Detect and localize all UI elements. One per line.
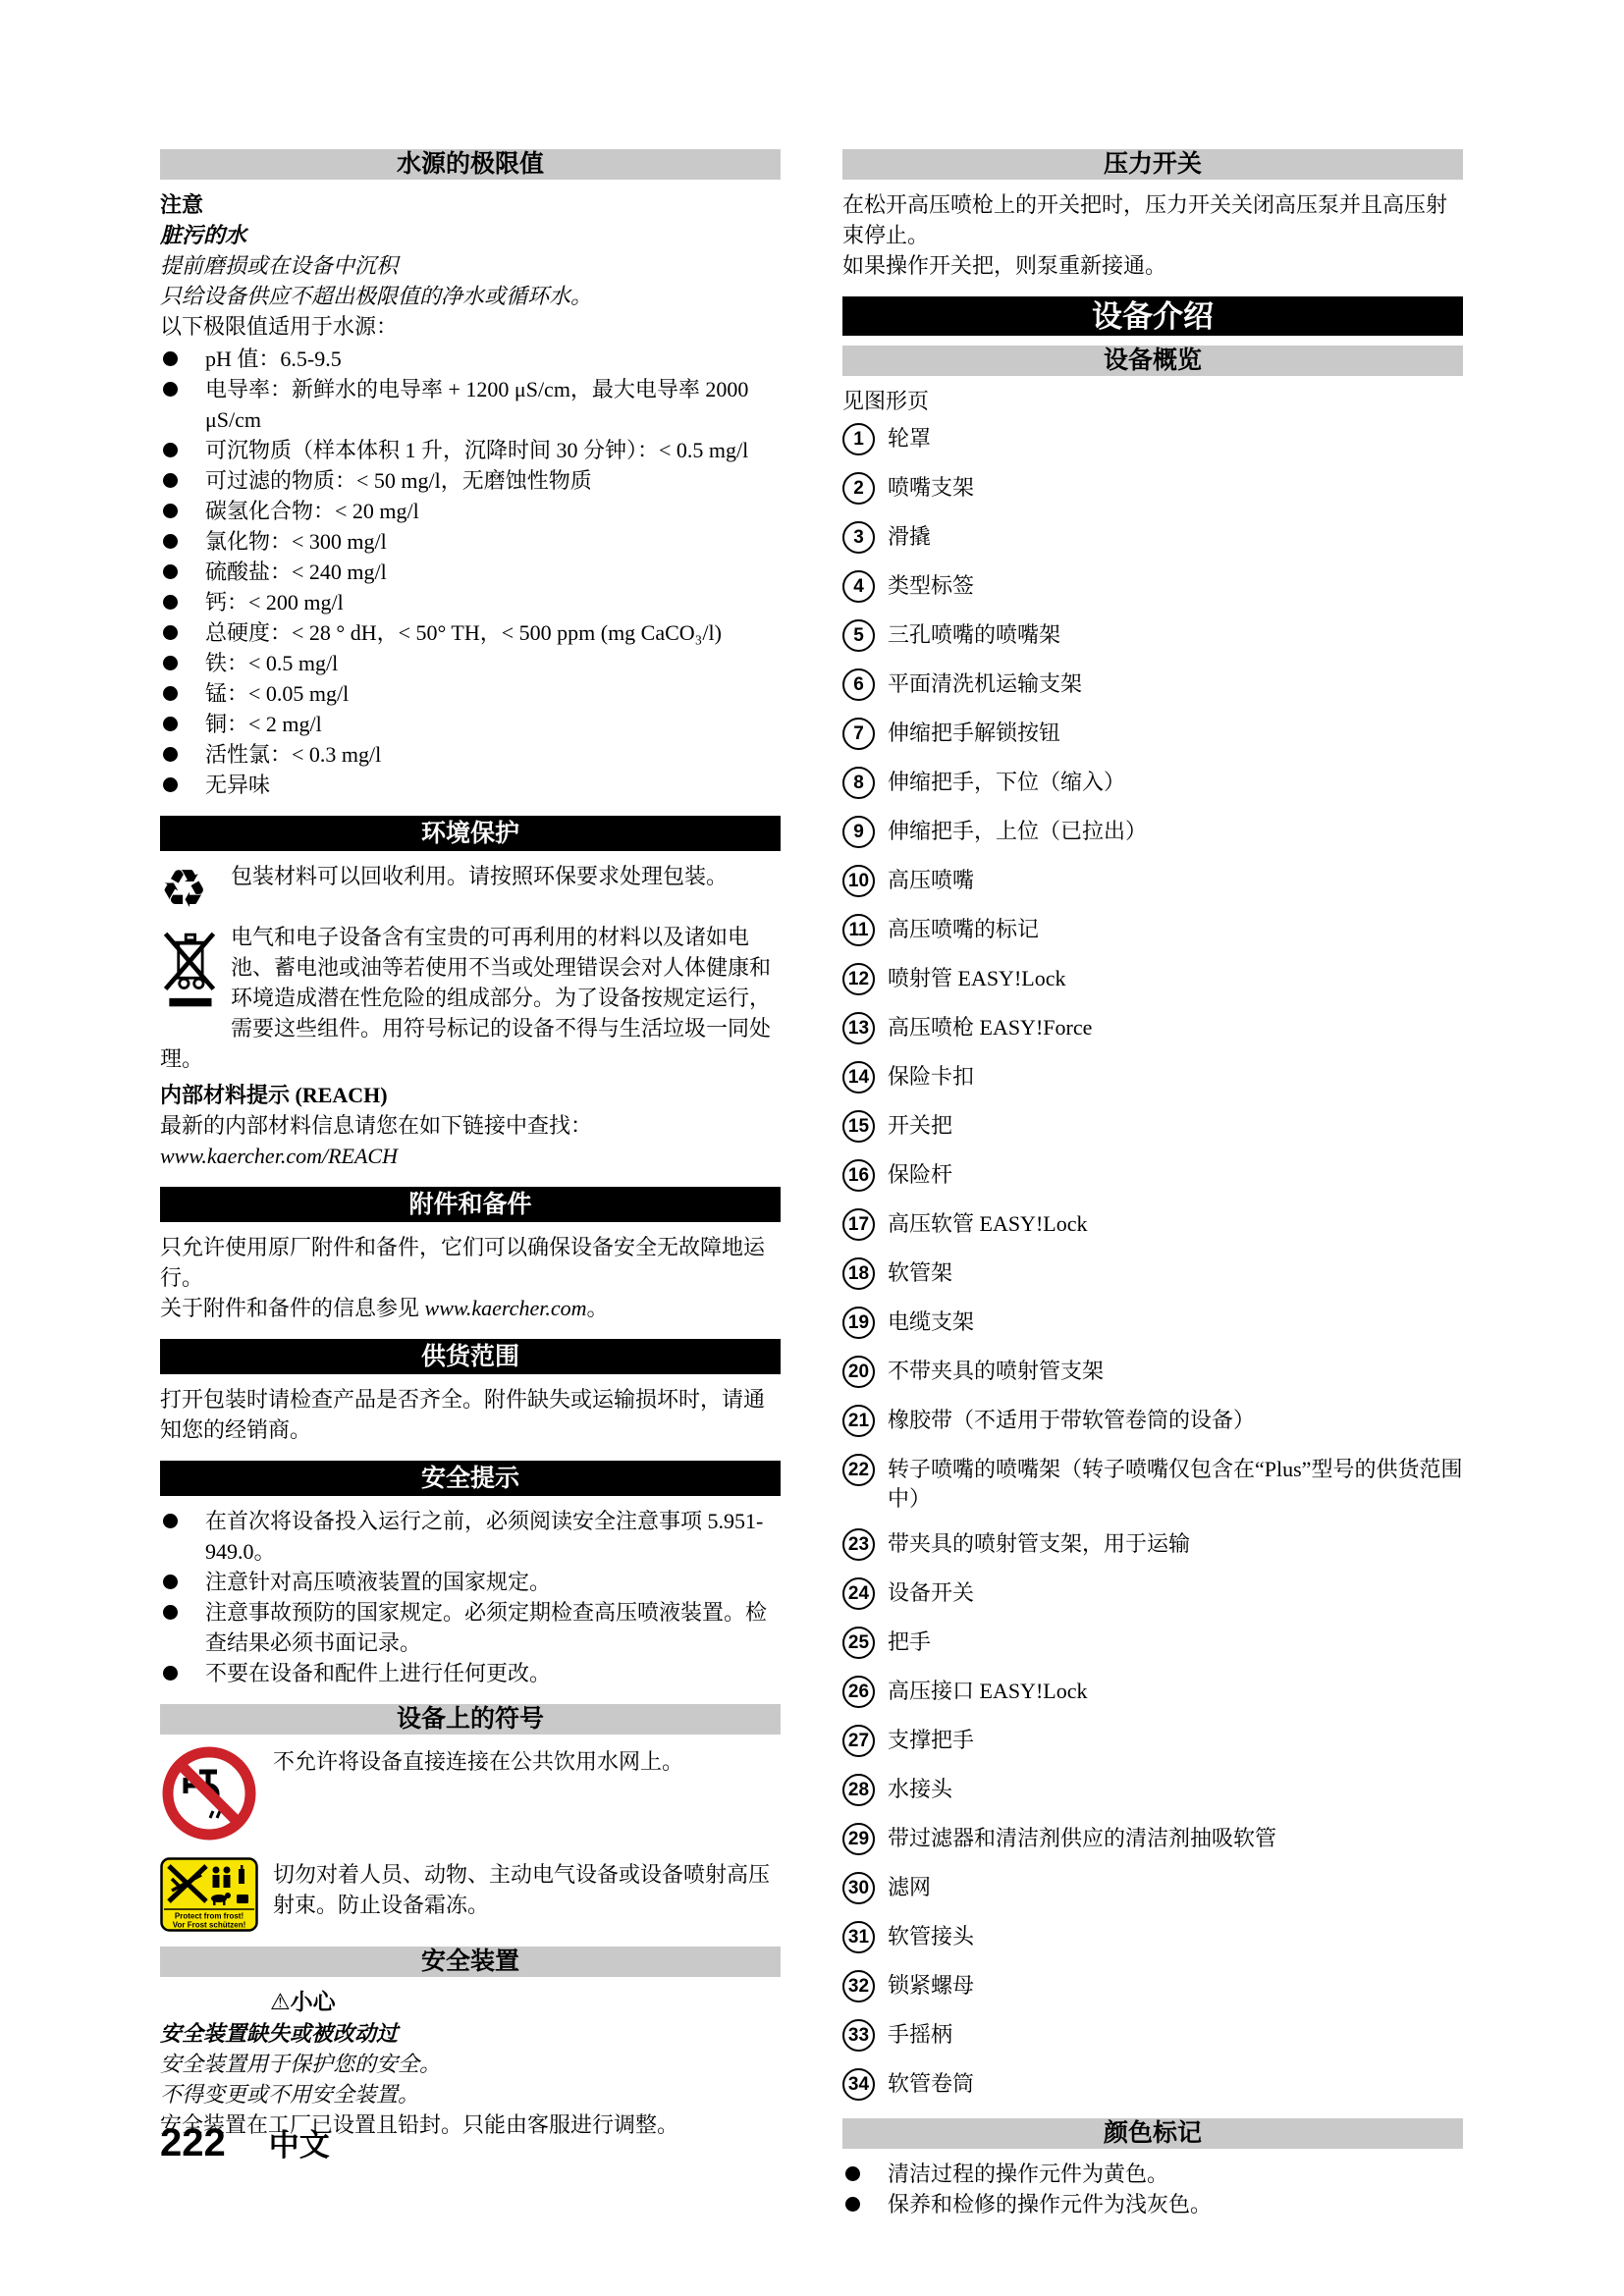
overview-item-text: 支撑把手 — [888, 1728, 974, 1752]
safety-note-text: 注意针对高压喷液装置的国家规定。 — [205, 1570, 551, 1594]
section-header-scope: 供货范围 — [160, 1339, 781, 1374]
water-limit-text: 电导率：新鲜水的电导率 + 1200 μS/cm，最大电导率 2000 μS/c… — [205, 377, 748, 432]
bullet-icon — [163, 351, 178, 366]
water-limit-item: 锰：< 0.05 mg/l — [160, 678, 781, 709]
bullet-icon — [163, 656, 178, 670]
caution-line: ⚠小心 — [270, 1987, 781, 2018]
symbol-no-tap-water: 不允许将设备直接连接在公共饮用水网上。 — [160, 1744, 781, 1847]
section-header-safety-notes: 安全提示 — [160, 1461, 781, 1496]
safety-note-item: 在首次将设备投入运行之前，必须阅读安全注意事项 5.951-949.0。 — [160, 1506, 781, 1567]
overview-item-text: 带过滤器和清洁剂供应的清洁剂抽吸软管 — [888, 1826, 1276, 1850]
overview-item-text: 软管接头 — [888, 1924, 974, 1949]
color-coding-text: 保养和检修的操作元件为浅灰色。 — [888, 2192, 1212, 2216]
reach-block: 内部材料提示 (REACH) 最新的内部材料信息请您在如下链接中查找： www.… — [160, 1080, 781, 1171]
overview-item-text: 电缆支架 — [888, 1309, 974, 1334]
overview-item-text: 手摇柄 — [888, 2022, 952, 2047]
section-title: 附件和备件 — [408, 1193, 531, 1217]
page-number: 222 — [160, 2121, 226, 2165]
overview-item: 21 橡胶带（不适用于带软管卷筒的设备） — [842, 1406, 1463, 1439]
water-limit-text: 硫酸盐：< 240 mg/l — [205, 560, 387, 584]
accessories-info-line: 关于附件和备件的信息参见 www.kaercher.com。 — [160, 1293, 781, 1323]
section-header-environment: 环境保护 — [160, 816, 781, 851]
overview-item: 16 保险杆 — [842, 1160, 1463, 1194]
bullet-icon — [163, 564, 178, 579]
sticker-caption-en: Protect from frost! — [175, 1912, 244, 1921]
frost-warning-sticker-icon: Protect from frost! Vor Frost schützen! — [160, 1857, 273, 1937]
item-number-badge: 2 — [842, 472, 875, 505]
page-footer: 222 中文 — [160, 2120, 330, 2165]
dirty-water-label: 脏污的水 — [160, 220, 781, 250]
water-limit-item: 钙：< 200 mg/l — [160, 587, 781, 617]
water-limit-item: 碳氢化合物：< 20 mg/l — [160, 496, 781, 526]
overview-item: 9 伸缩把手，上位（已拉出） — [842, 817, 1463, 850]
overview-item: 4 类型标签 — [842, 571, 1463, 605]
device-overview-list: 1 轮罩 2 喷嘴支架 3 滑撬 4 类型标签 — [842, 424, 1463, 2103]
overview-item: 18 软管架 — [842, 1258, 1463, 1292]
see-graphics-note: 见图形页 — [842, 386, 1463, 416]
kaercher-reach-url: www.kaercher.com/REACH — [160, 1141, 781, 1171]
section-header-device-overview: 设备概览 — [842, 346, 1463, 376]
overview-item-text: 滑撬 — [888, 524, 931, 549]
safety-note-text: 在首次将设备投入运行之前，必须阅读安全注意事项 5.951-949.0。 — [205, 1509, 763, 1564]
overview-item: 25 把手 — [842, 1628, 1463, 1661]
water-limit-item: 活性氯：< 0.3 mg/l — [160, 739, 781, 770]
item-number-badge: 9 — [842, 816, 875, 848]
recycle-icon: ♻ — [160, 861, 231, 918]
water-limit-text: 可过滤的物质：< 50 mg/l，无磨蚀性物质 — [205, 468, 592, 493]
bullet-icon — [163, 747, 178, 762]
water-limit-text: 氯化物：< 300 mg/l — [205, 529, 387, 554]
water-limit-item: 总硬度：< 28 ° dH，< 50° TH，< 500 ppm (mg CaC… — [160, 617, 781, 648]
overview-item: 8 伸缩把手，下位（缩入） — [842, 768, 1463, 801]
bullet-icon — [845, 2197, 860, 2212]
item-number-badge: 18 — [842, 1257, 875, 1290]
bullet-icon — [163, 686, 178, 701]
item-number-badge: 34 — [842, 2068, 875, 2101]
item-number-badge: 32 — [842, 1970, 875, 2002]
item-number-badge: 27 — [842, 1725, 875, 1757]
overview-item-text: 把手 — [888, 1629, 931, 1654]
overview-item: 10 高压喷嘴 — [842, 866, 1463, 899]
symbol-frost-warning: Protect from frost! Vor Frost schützen! … — [160, 1857, 781, 1937]
water-limit-item: 硫酸盐：< 240 mg/l — [160, 557, 781, 587]
item-number-badge: 13 — [842, 1012, 875, 1044]
overview-item-text: 带夹具的喷射管支架，用于运输 — [888, 1531, 1190, 1556]
overview-item: 26 高压接口 EASY!Lock — [842, 1677, 1463, 1710]
water-limit-item: 氯化物：< 300 mg/l — [160, 526, 781, 557]
section-header-accessories: 附件和备件 — [160, 1187, 781, 1222]
overview-item-text: 软管架 — [888, 1260, 952, 1285]
water-limit-text: 铁：< 0.5 mg/l — [205, 651, 338, 675]
section-title: 压力开关 — [1104, 152, 1202, 177]
water-limit-item: 电导率：新鲜水的电导率 + 1200 μS/cm，最大电导率 2000 μS/c… — [160, 374, 781, 435]
item-number-badge: 4 — [842, 570, 875, 603]
item-number-badge: 16 — [842, 1159, 875, 1192]
section-header-symbols: 设备上的符号 — [160, 1704, 781, 1735]
overview-item: 6 平面清洗机运输支架 — [842, 669, 1463, 703]
bullet-icon — [163, 595, 178, 610]
section-title: 设备介绍 — [1092, 301, 1214, 332]
overview-item-text: 软管卷筒 — [888, 2071, 974, 2096]
kaercher-url: www.kaercher.com — [425, 1296, 587, 1320]
overview-item-text: 水接头 — [888, 1777, 952, 1801]
left-column: 水源的极限值 注意 脏污的水 提前磨损或在设备中沉积 只给设备供应不超出极限值的… — [160, 0, 781, 2140]
overview-item-text: 伸缩把手解锁按钮 — [888, 721, 1060, 745]
overview-item: 31 软管接头 — [842, 1922, 1463, 1955]
frost-warning-text: 切勿对着人员、动物、主动电气设备或设备喷射高压射束。防止设备霜冻。 — [273, 1857, 781, 1920]
color-coding-item: 保养和检修的操作元件为浅灰色。 — [842, 2189, 1463, 2219]
item-number-badge: 6 — [842, 668, 875, 701]
item-number-badge: 3 — [842, 521, 875, 554]
overview-item: 15 开关把 — [842, 1111, 1463, 1145]
section-header-water-limits: 水源的极限值 — [160, 149, 781, 180]
overview-item: 12 喷射管 EASY!Lock — [842, 964, 1463, 997]
overview-item: 34 软管卷筒 — [842, 2069, 1463, 2103]
overview-item-text: 保险卡扣 — [888, 1064, 974, 1089]
item-number-badge: 25 — [842, 1627, 875, 1659]
overview-item-text: 滤网 — [888, 1875, 931, 1899]
bullet-icon — [163, 777, 178, 792]
overview-item: 23 带夹具的喷射管支架，用于运输 — [842, 1529, 1463, 1563]
pressure-switch-para1: 在松开高压喷枪上的开关把时，压力开关关闭高压泵并且高压射束停止。 — [842, 189, 1463, 250]
overview-item-text: 伸缩把手，上位（已拉出） — [888, 819, 1147, 843]
overview-item-text: 喷嘴支架 — [888, 475, 974, 500]
overview-item: 22 转子喷嘴的喷嘴架（转子喷嘴仅包含在“Plus”型号的供货范围中） — [842, 1455, 1463, 1514]
item-number-badge: 19 — [842, 1307, 875, 1339]
overview-item: 28 水接头 — [842, 1775, 1463, 1808]
caution-word: 小心 — [291, 1990, 336, 2014]
manual-page: 水源的极限值 注意 脏污的水 提前磨损或在设备中沉积 只给设备供应不超出极限值的… — [0, 0, 1624, 2296]
section-title: 安全装置 — [421, 1949, 519, 1974]
water-limit-text: 钙：< 200 mg/l — [205, 590, 344, 614]
item-number-badge: 29 — [842, 1823, 875, 1855]
item-number-badge: 1 — [842, 423, 875, 455]
safety-notes-list: 在首次将设备投入运行之前，必须阅读安全注意事项 5.951-949.0。 注意针… — [160, 1506, 781, 1688]
overview-item: 17 高压软管 EASY!Lock — [842, 1209, 1463, 1243]
safety-note-item: 注意事故预防的国家规定。必须定期检查高压喷液装置。检查结果必须书面记录。 — [160, 1597, 781, 1658]
environment-recycle-note: ♻ 包装材料可以回收利用。请按照环保要求处理包装。 — [160, 861, 781, 918]
bullet-icon — [163, 625, 178, 640]
applies-line: 以下极限值适用于水源： — [160, 311, 781, 342]
bullet-icon — [163, 717, 178, 731]
section-title: 水源的极限值 — [397, 152, 544, 177]
item-number-badge: 10 — [842, 865, 875, 897]
water-limit-text: 无异味 — [205, 773, 270, 797]
overview-item-text: 伸缩把手，下位（缩入） — [888, 770, 1125, 794]
water-limit-text: 锰：< 0.05 mg/l — [205, 681, 349, 706]
overview-item: 29 带过滤器和清洁剂供应的清洁剂抽吸软管 — [842, 1824, 1463, 1857]
bullet-icon — [163, 504, 178, 518]
bullet-icon — [163, 1666, 178, 1681]
item-number-badge: 22 — [842, 1454, 875, 1486]
overview-item: 5 三孔喷嘴的喷嘴架 — [842, 620, 1463, 654]
accessories-info-prefix: 关于附件和备件的信息参见 — [160, 1296, 425, 1320]
overview-item-text: 高压喷嘴 — [888, 868, 974, 892]
section-title: 环境保护 — [421, 822, 519, 846]
water-limit-text: 可沉物质（样本体积 1 升，沉降时间 30 分钟）：< 0.5 mg/l — [205, 438, 748, 462]
overview-item: 14 保险卡扣 — [842, 1062, 1463, 1095]
water-limit-item: 铁：< 0.5 mg/l — [160, 648, 781, 678]
item-number-badge: 28 — [842, 1774, 875, 1806]
section-header-safety-devices: 安全装置 — [160, 1947, 781, 1977]
overview-item: 11 高压喷嘴的标记 — [842, 915, 1463, 948]
reach-title: 内部材料提示 (REACH) — [160, 1080, 781, 1110]
overview-item: 19 电缆支架 — [842, 1308, 1463, 1341]
sticker-caption-de: Vor Frost schützen! — [173, 1921, 246, 1930]
section-title: 设备概览 — [1104, 348, 1202, 373]
accessories-info-suffix: 。 — [586, 1296, 608, 1320]
safety-note-item: 不要在设备和配件上进行任何更改。 — [160, 1658, 781, 1688]
bullet-icon — [163, 443, 178, 457]
overview-item: 27 支撑把手 — [842, 1726, 1463, 1759]
caution-triangle-icon: ⚠ — [270, 1990, 291, 2015]
supply-line: 只给设备供应不超出极限值的净水或循环水。 — [160, 281, 781, 311]
bullet-icon — [845, 2166, 860, 2181]
section-title: 设备上的符号 — [397, 1707, 544, 1732]
overview-item-text: 橡胶带（不适用于带软管卷筒的设备） — [888, 1408, 1255, 1432]
section-header-device-intro: 设备介绍 — [842, 296, 1463, 336]
water-limit-text: 铜：< 2 mg/l — [205, 712, 322, 736]
section-title: 供货范围 — [421, 1345, 519, 1369]
color-coding-text: 清洁过程的操作元件为黄色。 — [888, 2162, 1168, 2186]
overview-item-text: 高压软管 EASY!Lock — [888, 1211, 1087, 1236]
overview-item-text: 锁紧螺母 — [888, 1973, 974, 1998]
item-number-badge: 20 — [842, 1356, 875, 1388]
recycle-text: 包装材料可以回收利用。请按照环保要求处理包装。 — [160, 861, 781, 891]
overview-item-text: 喷射管 EASY!Lock — [888, 966, 1065, 990]
item-number-badge: 30 — [842, 1872, 875, 1904]
attention-label: 注意 — [160, 189, 781, 220]
item-number-badge: 5 — [842, 619, 875, 652]
overview-item: 2 喷嘴支架 — [842, 473, 1463, 507]
overview-item-text: 高压接口 EASY!Lock — [888, 1679, 1087, 1703]
bullet-icon — [163, 382, 178, 397]
overview-item: 1 轮罩 — [842, 424, 1463, 457]
overview-item: 33 手摇柄 — [842, 2020, 1463, 2054]
water-limit-text: pH 值：6.5-9.5 — [205, 347, 342, 371]
item-number-badge: 17 — [842, 1208, 875, 1241]
overview-item: 30 滤网 — [842, 1873, 1463, 1906]
item-number-badge: 12 — [842, 963, 875, 995]
item-number-badge: 15 — [842, 1110, 875, 1143]
environment-weee-note: 电气和电子设备含有宝贵的可再利用的材料以及诸如电池、蓄电池或油等若使用不当或处理… — [160, 922, 781, 1074]
section-header-pressure-switch: 压力开关 — [842, 149, 1463, 180]
water-limit-list: pH 值：6.5-9.5 电导率：新鲜水的电导率 + 1200 μS/cm，最大… — [160, 344, 781, 800]
overview-item: 3 滑撬 — [842, 522, 1463, 556]
item-number-badge: 14 — [842, 1061, 875, 1094]
section-title: 颜色标记 — [1104, 2121, 1202, 2146]
pressure-switch-para2: 如果操作开关把，则泵重新接通。 — [842, 250, 1463, 281]
weee-text: 电气和电子设备含有宝贵的可再利用的材料以及诸如电池、蓄电池或油等若使用不当或处理… — [160, 922, 781, 1074]
item-number-badge: 21 — [842, 1405, 875, 1437]
overview-item-text: 类型标签 — [888, 573, 974, 598]
overview-item-text: 高压喷嘴的标记 — [888, 917, 1039, 941]
accessories-text: 只允许使用原厂附件和备件，它们可以确保设备安全无故障地运行。 — [160, 1232, 781, 1293]
safety-note-item: 注意针对高压喷液装置的国家规定。 — [160, 1567, 781, 1597]
page-language: 中文 — [269, 2120, 330, 2164]
no-tap-water-text: 不允许将设备直接连接在公共饮用水网上。 — [273, 1744, 781, 1777]
overview-item-text: 开关把 — [888, 1113, 952, 1138]
safety-devices-line3: 不得变更或不用安全装置。 — [160, 2079, 781, 2109]
water-limit-item: 铜：< 2 mg/l — [160, 709, 781, 739]
overview-item-text: 转子喷嘴的喷嘴架（转子喷嘴仅包含在“Plus”型号的供货范围中） — [888, 1457, 1462, 1511]
overview-item-text: 设备开关 — [888, 1580, 974, 1605]
weee-bin-icon — [160, 922, 231, 1041]
water-limit-item: 无异味 — [160, 770, 781, 800]
overview-item: 20 不带夹具的喷射管支架 — [842, 1357, 1463, 1390]
water-limit-item: 可沉物质（样本体积 1 升，沉降时间 30 分钟）：< 0.5 mg/l — [160, 435, 781, 465]
safety-note-text: 注意事故预防的国家规定。必须定期检查高压喷液装置。检查结果必须书面记录。 — [205, 1600, 767, 1655]
overview-item-text: 轮罩 — [888, 426, 931, 451]
scope-text: 打开包装时请检查产品是否齐全。附件缺失或运输损坏时，请通知您的经销商。 — [160, 1384, 781, 1445]
color-coding-list: 清洁过程的操作元件为黄色。 保养和检修的操作元件为浅灰色。 — [842, 2159, 1463, 2219]
bullet-icon — [163, 1605, 178, 1620]
section-header-color-coding: 颜色标记 — [842, 2118, 1463, 2149]
water-limit-item: pH 值：6.5-9.5 — [160, 344, 781, 374]
color-coding-item: 清洁过程的操作元件为黄色。 — [842, 2159, 1463, 2189]
section-title: 安全提示 — [421, 1467, 519, 1491]
bullet-icon — [163, 473, 178, 488]
safety-devices-line2: 安全装置用于保护您的安全。 — [160, 2049, 781, 2079]
water-limit-item: 可过滤的物质：< 50 mg/l，无磨蚀性物质 — [160, 465, 781, 496]
bullet-icon — [163, 1575, 178, 1589]
wear-line: 提前磨损或在设备中沉积 — [160, 250, 781, 281]
overview-item: 7 伸缩把手解锁按钮 — [842, 719, 1463, 752]
water-limit-text: 碳氢化合物：< 20 mg/l — [205, 499, 419, 523]
overview-item-text: 保险杆 — [888, 1162, 952, 1187]
no-tap-water-icon — [160, 1744, 273, 1847]
bullet-icon — [163, 1514, 178, 1528]
water-limit-text: 总硬度：< 28 ° dH，< 50° TH，< 500 ppm (mg CaC… — [205, 620, 722, 645]
water-limit-text: 活性氯：< 0.3 mg/l — [205, 742, 381, 767]
safety-devices-line1: 安全装置缺失或被改动过 — [160, 2018, 781, 2049]
safety-note-text: 不要在设备和配件上进行任何更改。 — [205, 1661, 551, 1685]
overview-item: 24 设备开关 — [842, 1578, 1463, 1612]
overview-item-text: 不带夹具的喷射管支架 — [888, 1359, 1104, 1383]
item-number-badge: 33 — [842, 2019, 875, 2052]
overview-item-text: 平面清洗机运输支架 — [888, 671, 1082, 696]
item-number-badge: 23 — [842, 1528, 875, 1561]
overview-item: 13 高压喷枪 EASY!Force — [842, 1013, 1463, 1046]
item-number-badge: 7 — [842, 718, 875, 750]
item-number-badge: 8 — [842, 767, 875, 799]
bullet-icon — [163, 534, 178, 549]
overview-item-text: 三孔喷嘴的喷嘴架 — [888, 622, 1060, 647]
item-number-badge: 31 — [842, 1921, 875, 1953]
item-number-badge: 24 — [842, 1577, 875, 1610]
item-number-badge: 11 — [842, 914, 875, 946]
overview-item: 32 锁紧螺母 — [842, 1971, 1463, 2004]
overview-item-text: 高压喷枪 EASY!Force — [888, 1015, 1092, 1040]
right-column: 压力开关 在松开高压喷枪上的开关把时，压力开关关闭高压泵并且高压射束停止。 如果… — [842, 0, 1463, 2219]
reach-line: 最新的内部材料信息请您在如下链接中查找： — [160, 1110, 781, 1141]
item-number-badge: 26 — [842, 1676, 875, 1708]
